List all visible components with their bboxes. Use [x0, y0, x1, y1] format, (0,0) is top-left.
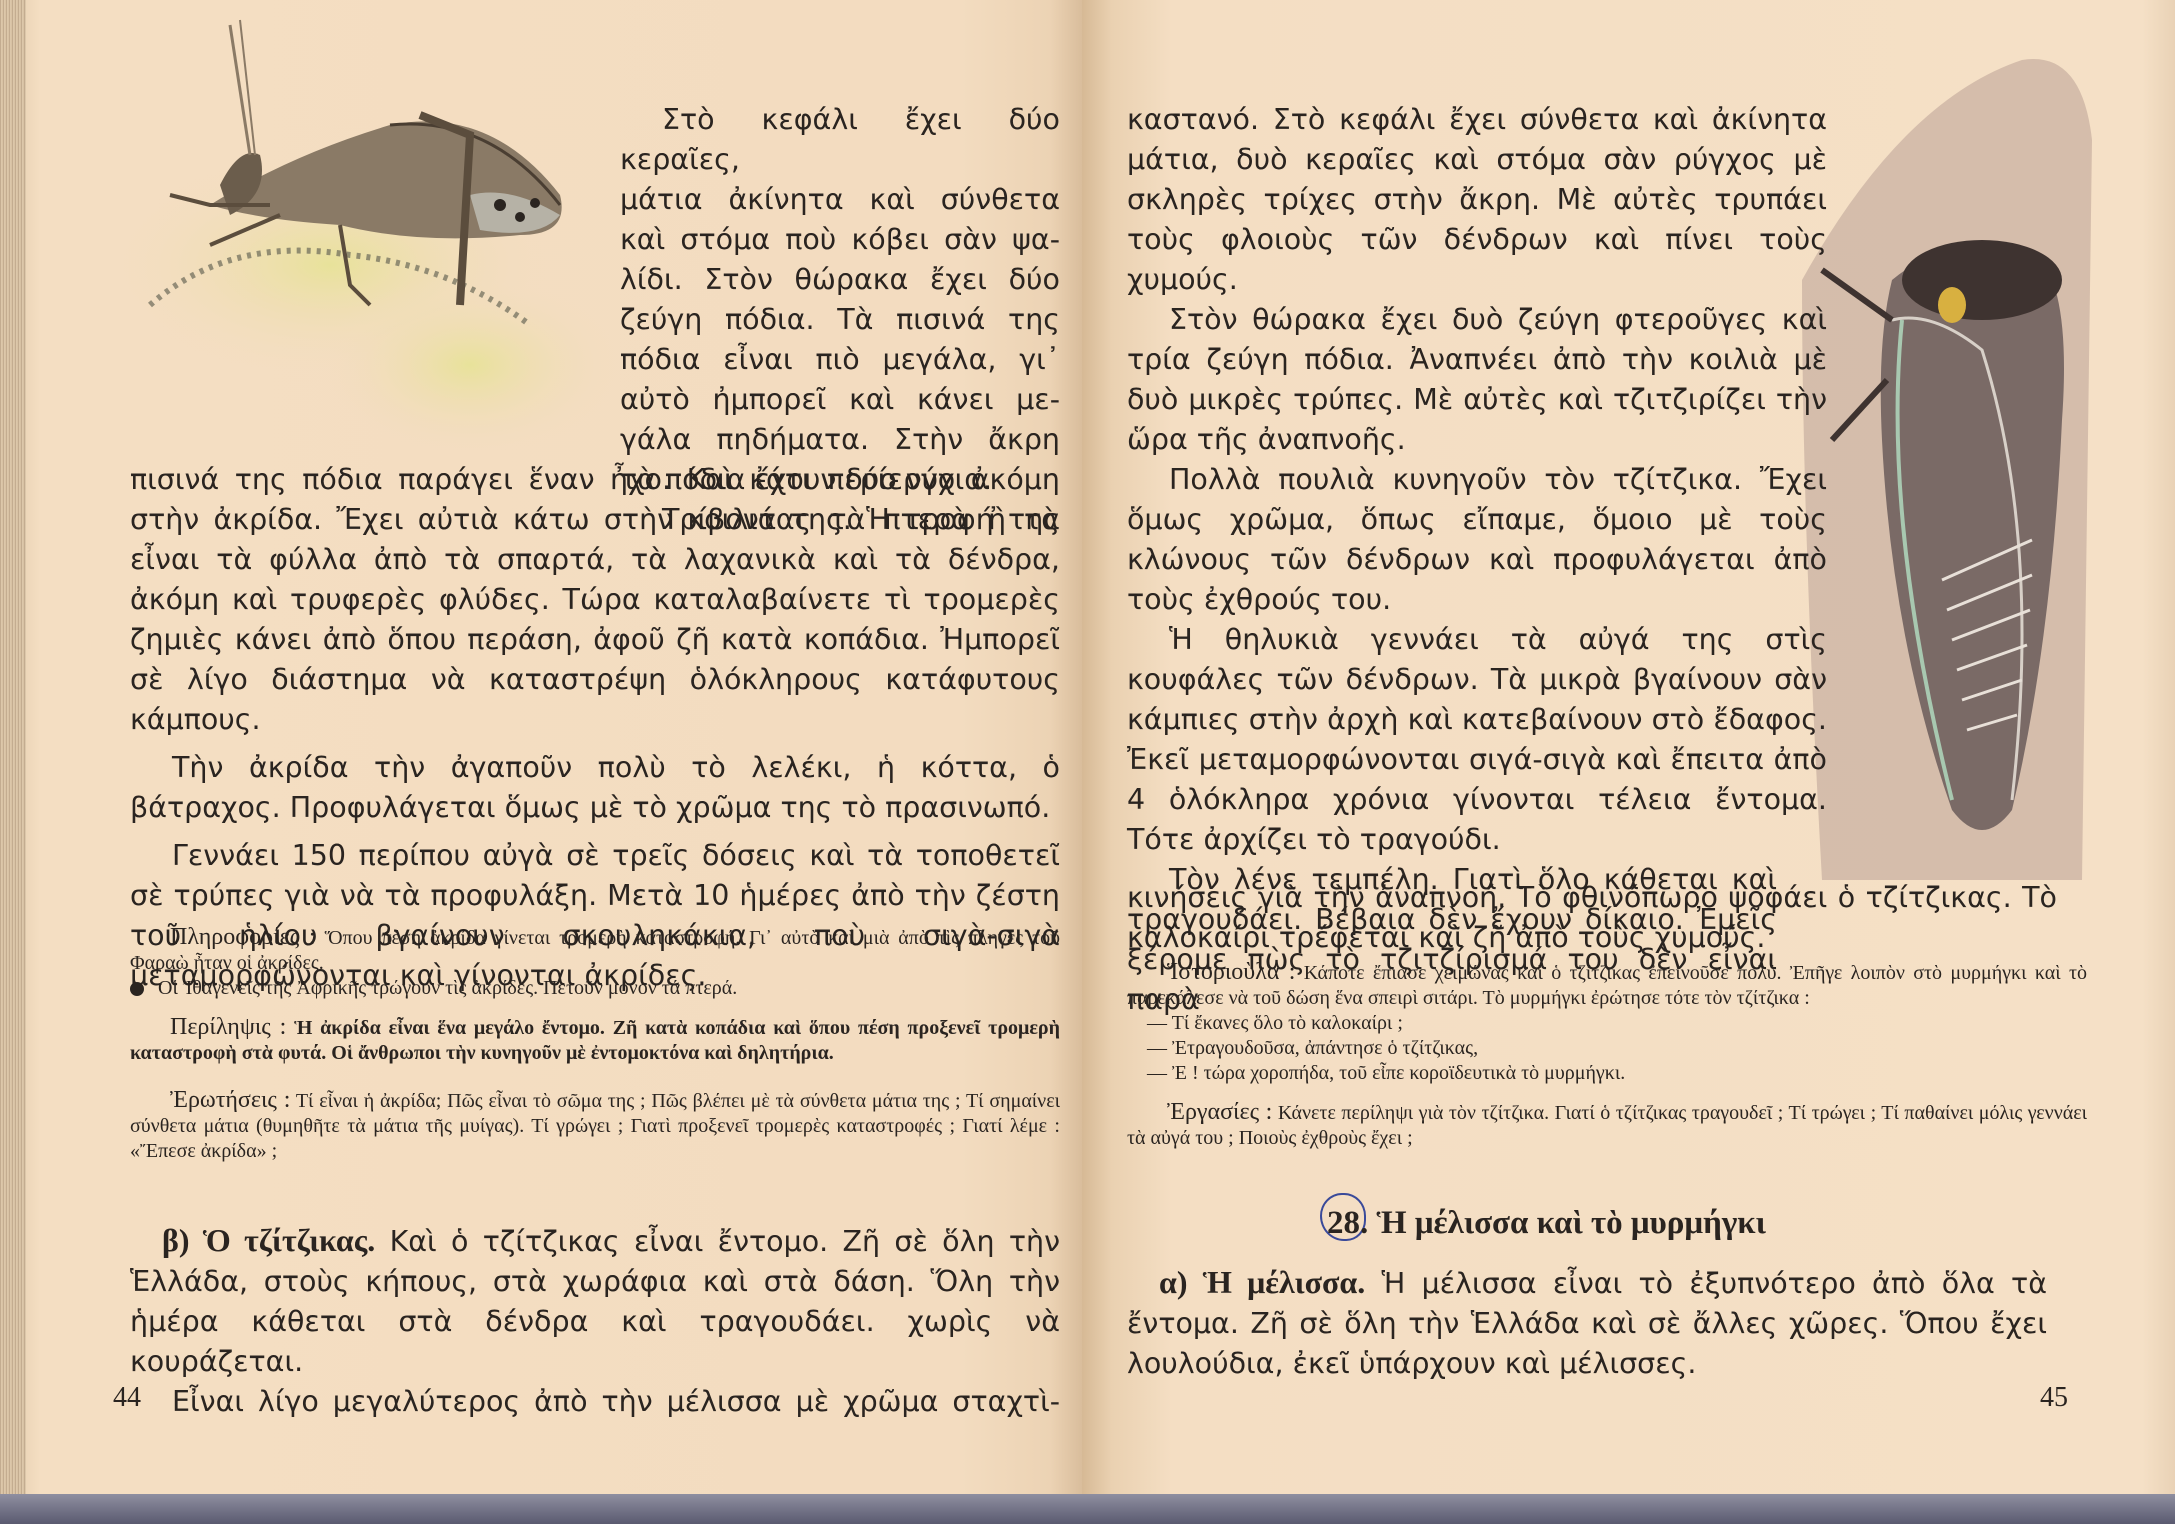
text-line: αὐτὸ ἠμπορεῖ καὶ κάνει με- [620, 380, 1060, 420]
scan-bottom-edge [0, 1494, 2175, 1524]
dialogue-line: — Ἐ ! τώρα χοροπήδα, τοῦ εἶπε κοροϊδευτι… [1127, 1061, 2087, 1086]
bee-intro-text: α) Ἡ μέλισσα. Ἡ μέλισσα εἶναι τὸ ἐξυπνότ… [1127, 1262, 2047, 1384]
section-b-title: β) Ὁ τζίτζικας. [162, 1222, 375, 1258]
text-line: Στὸ κεφάλι ἔχει δύο κεραῖες, [620, 100, 1060, 180]
grasshopper-illustration [90, 5, 630, 455]
dialogue-line: — Ἐτραγουδοῦσα, ἀπάντησε ὁ τζίτζικας, [1127, 1036, 2087, 1061]
text-line: μάτια ἀκίνητα καὶ σύνθετα [620, 180, 1060, 220]
paragraph-thorax: Στὸν θώρακα ἔχει δυὸ ζεύγη φτεροῦγες καὶ… [1127, 300, 1827, 460]
story-box: Ἱστοριοὺλα : Κάποτε ἔπιασε χειμώνας καὶ … [1127, 960, 2087, 1151]
chapter-heading: 28. Ἡ μέλισσα καὶ τὸ μυρμήγκι [1327, 1205, 1766, 1242]
page-number-right: 45 [2040, 1382, 2068, 1414]
questions-label: Ἐρωτήσεις : [170, 1087, 290, 1113]
text-line: λίδι. Στὸν θώρακα ἔχει δύο [620, 260, 1060, 300]
text-line: καὶ στόμα ποὺ κόβει σὰν ψα- [620, 220, 1060, 260]
cicada-intro-text: β) Ὁ τζίτζικας. Καὶ ὁ τζίτζικας εἶναι ἔν… [130, 1220, 1060, 1422]
story-label: Ἱστοριοὺλα : [1167, 959, 1295, 985]
paragraph-breathing: κινήσεις γιὰ τὴν ἀναπνοή. Τὸ φθινόπωρο ψ… [1127, 878, 2057, 958]
cicada-body-text-full: κινήσεις γιὰ τὴν ἀναπνοή. Τὸ φθινόπωρο ψ… [1127, 878, 2057, 958]
info-label: Πληροφορίες : [170, 924, 316, 950]
info-bullet-text: Οἱ Ἰθαγενεῖς τῆς Ἀφρικῆς τρώγουν τὶς ἀκρ… [158, 977, 737, 999]
page-number-left: 44 [113, 1382, 141, 1414]
section-a-title: α) Ἡ μέλισσα. [1159, 1264, 1365, 1300]
cicada-illustration [1782, 20, 2112, 880]
text-line: ζεύγη πόδια. Τὰ πισινά της [620, 300, 1060, 340]
info-box: Πληροφορίες : Ὅπου πέση ἀκρίδα γίνεται τ… [130, 925, 1060, 1164]
dialogue-line: — Τί ἔκανες ὅλο τὸ καλοκαίρι ; [1127, 1011, 2087, 1036]
summary-label: Περίληψις : [170, 1014, 286, 1040]
text-line: πόδια εἶναι πιὸ μεγάλα, γι᾿ [620, 340, 1060, 380]
right-page: καστανό. Στὸ κεφάλι ἔχει σύνθετα καὶ ἀκί… [1082, 0, 2175, 1524]
chapter-title: Ἡ μέλισσα καὶ τὸ μυρμήγκι [1377, 1205, 1766, 1241]
paragraph-food: πισινά της πόδια παράγει ἕναν ἦχο. Καὶ κ… [130, 460, 1060, 740]
grasshopper-body-text: πισινά της πόδια παράγει ἕναν ἦχο. Καὶ κ… [130, 460, 1060, 996]
paragraph-head: καστανό. Στὸ κεφάλι ἔχει σύνθετα καὶ ἀκί… [1127, 100, 1827, 300]
section-b-last-line: Εἶναι λίγο μεγαλύτερος ἀπὸ τὴν μέλισσα μ… [130, 1382, 1060, 1422]
tasks-label: Ἐργασίες : [1167, 1099, 1272, 1125]
bullet-icon [130, 982, 144, 996]
paragraph-predators: Τὴν ἀκρίδα τὴν ἀγαποῦν πολὺ τὸ λελέκι, ἡ… [130, 748, 1060, 828]
paragraph-eggs: Ἡ θηλυκιὰ γεννάει τὰ αὐγά της στὶς κουφά… [1127, 620, 1827, 860]
paragraph-birds: Πολλὰ πουλιὰ κυνηγοῦν τὸν τζίτζικα. Ἔχει… [1127, 460, 1827, 620]
page-edges [0, 0, 26, 1524]
left-page: Στὸ κεφάλι ἔχει δύο κεραῖες, μάτια ἀκίνη… [0, 0, 1082, 1524]
chapter-number: 28. [1327, 1205, 1368, 1241]
text-line: γάλα πηδήματα. Στὴν ἄκρη [620, 420, 1060, 460]
